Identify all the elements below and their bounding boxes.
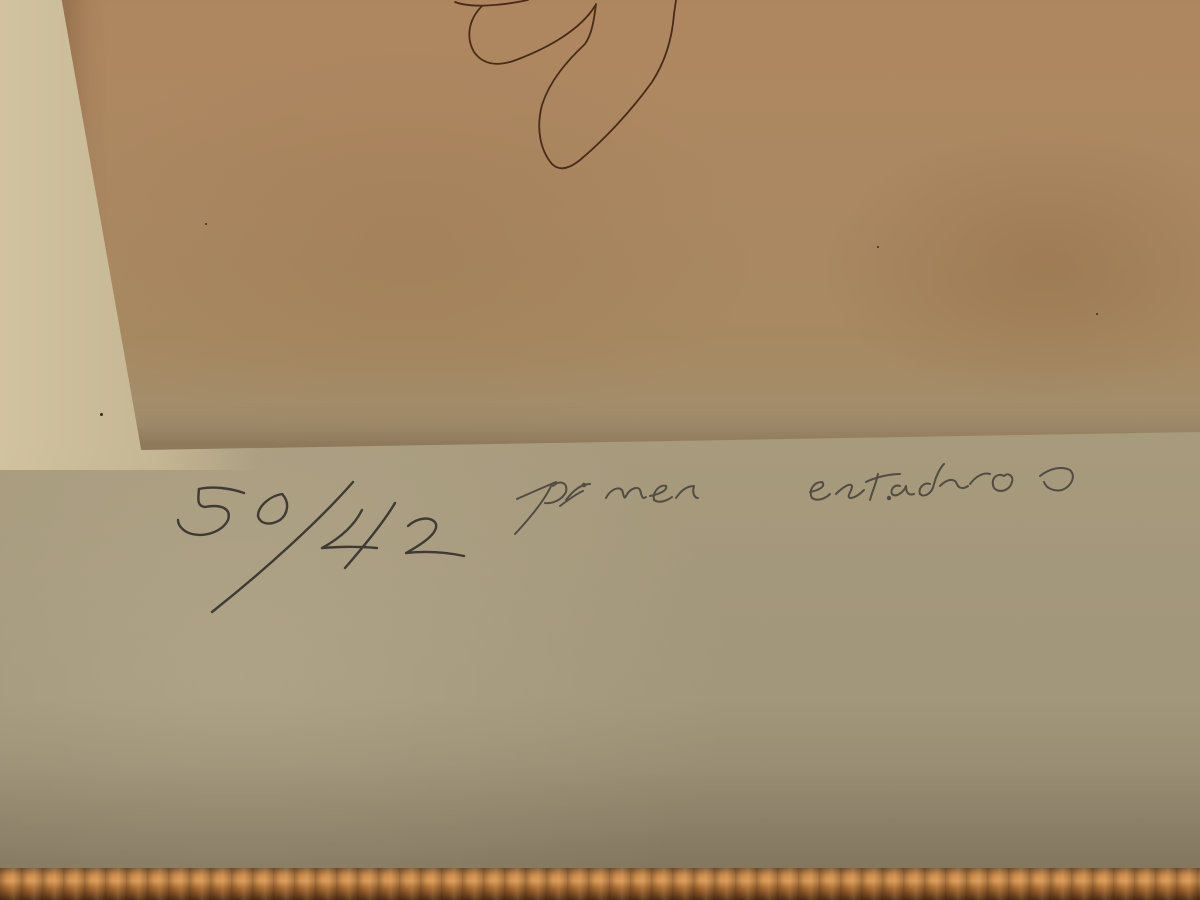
pencil-edition-number bbox=[178, 482, 464, 612]
artwork-photo: 50/42 primer estado bbox=[0, 0, 1200, 900]
etched-hand-outline bbox=[455, 0, 676, 168]
wooden-frame-edge bbox=[0, 868, 1200, 900]
etched-and-pencil-lines bbox=[0, 0, 1200, 900]
pencil-state-note bbox=[515, 464, 1073, 534]
